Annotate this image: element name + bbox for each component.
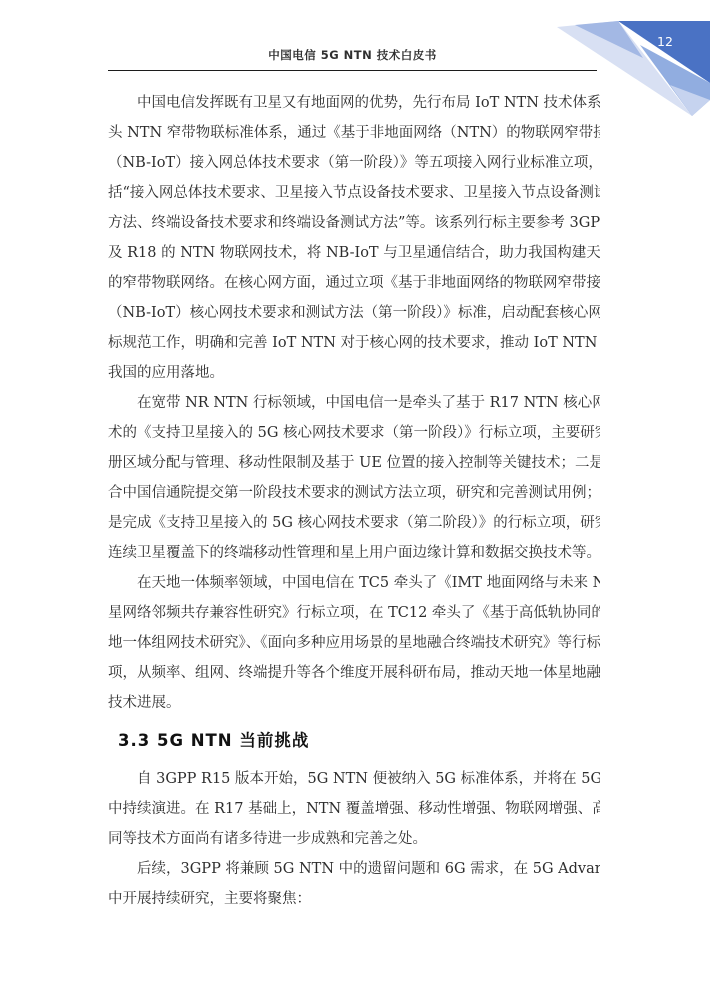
body-text-line: 方法、终端设备技术要求和终端设备测试方法”等。该系列行标主要参考 3GPP R1… [108,208,600,238]
body-text-line: 自 3GPP R15 版本开始，5G NTN 便被纳入 5G 标准体系，并将在 … [108,764,600,794]
body-text-line: 地一体组网技术研究》、《面向多种应用场景的星地融合终端技术研究》等行标立 [108,628,600,658]
body-text-line: 星网络邻频共存兼容性研究》行标立项，在 TC12 牵头了《基于高低轨协同的天 [108,598,600,628]
body-text-line: 的窄带物联网络。在核心网方面，通过立项《基于非地面网络的物联网窄带接入 [108,268,600,298]
body-text-line: 中国电信发挥既有卫星又有地面网的优势，先行布局 IoT NTN 技术体系，牵 [108,88,600,118]
body-text-line: 是完成《支持卫星接入的 5G 核心网技术要求（第二阶段）》的行标立项，研究非 [108,508,600,538]
body-text-line: 标规范工作，明确和完善 IoT NTN 对于核心网的技术要求，推动 IoT NT… [108,328,600,358]
body-text-line: （NB-IoT）核心网技术要求和测试方法（第一阶段）》标准，启动配套核心网行 [108,298,600,328]
body-text-line: 合中国信通院提交第一阶段技术要求的测试方法立项，研究和完善测试用例；三 [108,478,600,508]
body-text-line: 在宽带 NR NTN 行标领域，中国电信一是牵头了基于 R17 NTN 核心网总… [108,388,600,418]
body-text-line: 后续，3GPP 将兼顾 5G NTN 中的遗留问题和 6G 需求，在 5G Ad… [108,854,600,884]
body-text-line: 及 R18 的 NTN 物联网技术，将 NB-IoT 与卫星通信结合，助力我国构… [108,238,600,268]
body-text-line: 在天地一体频率领域，中国电信在 TC5 牵头了《IMT 地面网络与未来 NTN … [108,568,600,598]
body-text-line: 技术进展。 [108,688,600,718]
body-text-line: 术的《支持卫星接入的 5G 核心网技术要求（第一阶段）》行标立项，主要研究注 [108,418,600,448]
body-text-line: 头 NTN 窄带物联标准体系，通过《基于非地面网络（NTN）的物联网窄带接入 [108,118,600,148]
section-heading: 3.3 5G NTN 当前挑战 [108,718,600,764]
body-text-line: 中开展持续研究，主要将聚焦： [108,884,600,914]
body-text-line: 我国的应用落地。 [108,358,600,388]
page-number: 12 [657,34,673,49]
body-text-line: 连续卫星覆盖下的终端移动性管理和星上用户面边缘计算和数据交换技术等。 [108,538,600,568]
body-text-line: 项，从频率、组网、终端提升等各个维度开展科研布局，推动天地一体星地融合 [108,658,600,688]
body-text-line: 同等技术方面尚有诸多待进一步成熟和完善之处。 [108,824,600,854]
body-text-line: （NB-IoT）接入网总体技术要求（第一阶段）》等五项接入网行业标准立项，包 [108,148,600,178]
header-rule [108,70,597,71]
document-page: 中国电信 5G NTN 技术白皮书 12 中国电信发挥既有卫星又有地面网的优势，… [0,0,710,1004]
document-body: 中国电信发挥既有卫星又有地面网的优势，先行布局 IoT NTN 技术体系，牵头 … [108,88,600,914]
body-text-line: 册区域分配与管理、移动性限制及基于 UE 位置的接入控制等关键技术；二是联 [108,448,600,478]
page-header-title: 中国电信 5G NTN 技术白皮书 [108,47,597,63]
body-text-line: 中持续演进。在 R17 基础上，NTN 覆盖增强、移动性增强、物联网增强、高低协 [108,794,600,824]
body-text-line: 括“接入网总体技术要求、卫星接入节点设备技术要求、卫星接入节点设备测试 [108,178,600,208]
